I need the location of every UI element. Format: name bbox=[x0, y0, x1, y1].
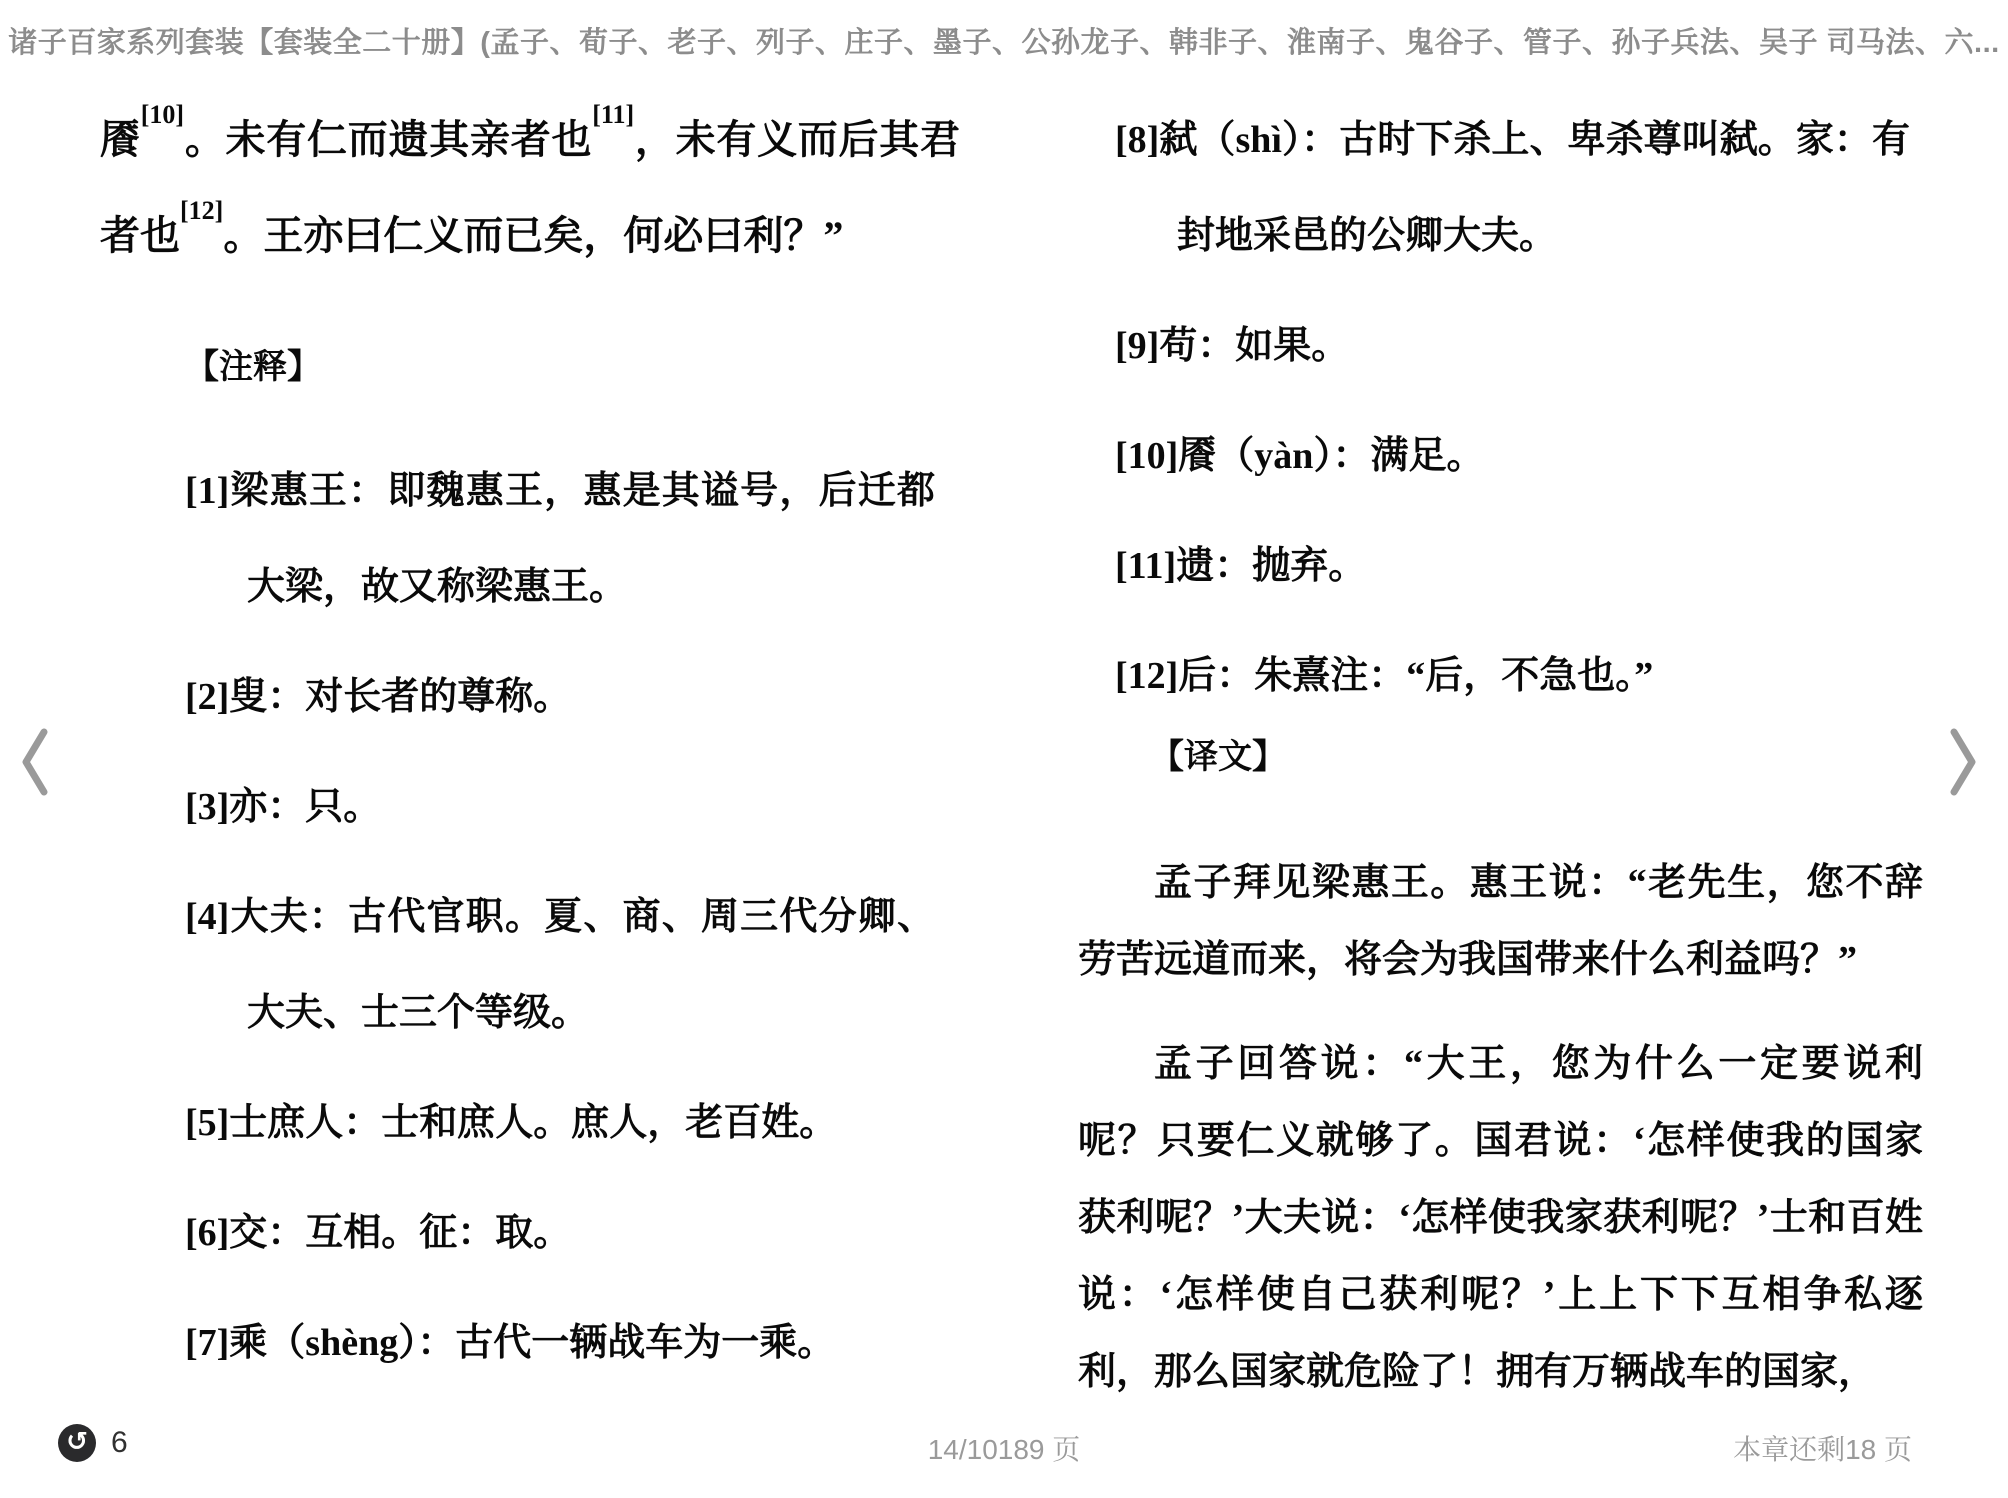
reader-footer: ↺ 6 14/10189 页 本章还剩18 页 bbox=[0, 1424, 2008, 1484]
annotation-item-2: [2]叟：对长者的尊称。 bbox=[185, 649, 935, 745]
right-page-column: [8]弑（shì）：古时下杀上、卑杀尊叫弑。家：有封地采邑的公卿大夫。 [9]苟… bbox=[1078, 92, 1926, 1411]
footnote-ref-10: [10] bbox=[141, 100, 184, 129]
annotations-list-right: [8]弑（shì）：古时下杀上、卑杀尊叫弑。家：有封地采邑的公卿大夫。 [9]苟… bbox=[1115, 92, 1926, 724]
annotation-item-9: [9]苟：如果。 bbox=[1115, 298, 1910, 394]
footnote-ref-12: [12] bbox=[180, 196, 223, 225]
translation-paragraph-1: 孟子拜见梁惠王。惠王说：“老先生，您不辞劳苦远道而来，将会为我国带来什么利益吗？… bbox=[1078, 845, 1923, 999]
next-page-button[interactable] bbox=[1946, 726, 1982, 798]
annotation-item-8: [8]弑（shì）：古时下杀上、卑杀尊叫弑。家：有封地采邑的公卿大夫。 bbox=[1115, 92, 1910, 284]
translation-paragraph-2: 孟子回答说：“大王，您为什么一定要说利呢？只要仁义就够了。国君说：‘怎样使我的国… bbox=[1078, 1026, 1923, 1411]
chevron-right-icon bbox=[1946, 726, 1982, 798]
annotation-item-10: [10]餍（yàn）：满足。 bbox=[1115, 408, 1910, 504]
annotations-section-header: 【注释】 bbox=[185, 348, 966, 388]
annotation-item-12: [12]后：朱熹注：“后，不急也。” bbox=[1115, 628, 1910, 724]
reading-text-paragraph: 餍[10]。未有仁而遗其亲者也[11]，未有义而后其君者也[12]。王亦曰仁义而… bbox=[100, 92, 960, 284]
reading-text: 餍 bbox=[100, 117, 141, 162]
annotation-item-7: [7]乘（shèng）：古代一辆战车为一乘。 bbox=[185, 1295, 935, 1391]
footnote-ref-11: [11] bbox=[592, 100, 634, 129]
annotation-item-1: [1]梁惠王：即魏惠王，惠是其谥号，后迁都大梁，故又称梁惠王。 bbox=[185, 443, 935, 635]
page-indicator: 14/10189 页 bbox=[0, 1428, 2008, 1468]
chevron-left-icon bbox=[16, 726, 52, 798]
book-title-header: 诸子百家系列套装【套装全二十册】(孟子、荀子、老子、列子、庄子、墨子、公孙龙子、… bbox=[0, 20, 2008, 61]
pages-remaining-label: 本章还剩18 页 bbox=[1733, 1428, 1912, 1468]
translation-section-header: 【译文】 bbox=[1150, 738, 1926, 778]
annotation-item-4: [4]大夫：古代官职。夏、商、周三代分卿、大夫、士三个等级。 bbox=[185, 869, 935, 1061]
annotations-list-left: [1]梁惠王：即魏惠王，惠是其谥号，后迁都大梁，故又称梁惠王。 [2]叟：对长者… bbox=[185, 443, 966, 1391]
reader-page: 诸子百家系列套装【套装全二十册】(孟子、荀子、老子、列子、庄子、墨子、公孙龙子、… bbox=[0, 0, 2008, 1498]
annotation-item-6: [6]交：互相。征：取。 bbox=[185, 1185, 935, 1281]
reading-text: 。未有仁而遗其亲者也 bbox=[184, 117, 592, 162]
left-page-column: 餍[10]。未有仁而遗其亲者也[11]，未有义而后其君者也[12]。王亦曰仁义而… bbox=[100, 92, 966, 1405]
annotation-item-5: [5]士庶人：士和庶人。庶人，老百姓。 bbox=[185, 1075, 935, 1171]
annotation-item-3: [3]亦：只。 bbox=[185, 759, 935, 855]
annotation-item-11: [11]遗：抛弃。 bbox=[1115, 518, 1910, 614]
prev-page-button[interactable] bbox=[16, 726, 52, 798]
reading-text: 。王亦曰仁义而已矣，何必曰利？” bbox=[223, 213, 843, 258]
